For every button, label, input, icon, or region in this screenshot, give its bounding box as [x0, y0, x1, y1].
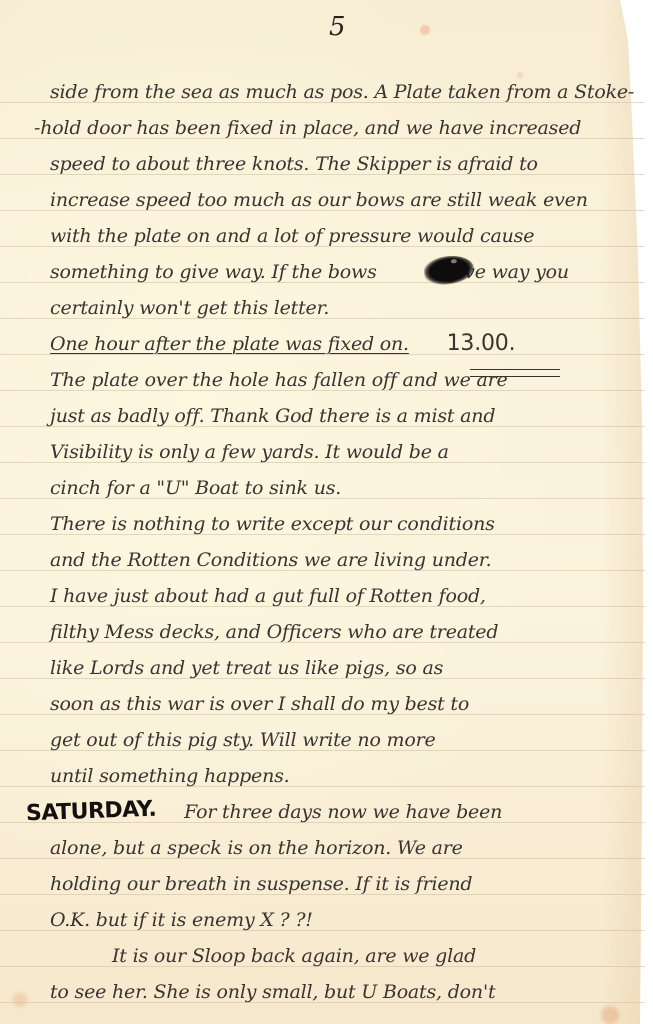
- time-value: 13.00.: [447, 331, 516, 356]
- text-line: O.K. but if it is enemy X ? ?!: [50, 908, 313, 932]
- text-line: and the Rotten Conditions we are living …: [50, 548, 491, 572]
- text-line: There is nothing to write except our con…: [50, 512, 495, 536]
- page-number: 5: [329, 12, 346, 42]
- text-line: soon as this war is over I shall do my b…: [50, 692, 469, 716]
- text-line: The plate over the hole has fallen off a…: [50, 368, 508, 392]
- text-line: something to give way. If the bows give …: [50, 260, 569, 284]
- text-line: alone, but a speck is on the horizon. We…: [50, 836, 463, 860]
- text-line: holding our breath in suspense. If it is…: [50, 872, 472, 896]
- text-line: side from the sea as much as pos. A Plat…: [50, 80, 634, 104]
- text-line: Visibility is only a few yards. It would…: [50, 440, 449, 464]
- text-line: One hour after the plate was fixed on. 1…: [50, 332, 515, 356]
- text-line: increase speed too much as our bows are …: [50, 188, 588, 212]
- text-line: cinch for a "U" Boat to sink us.: [50, 476, 341, 500]
- text-line: like Lords and yet treat us like pigs, s…: [50, 656, 443, 680]
- text-before-blot: something to give way. If the bows: [50, 261, 377, 283]
- text-line: -hold door has been fixed in place, and …: [34, 116, 581, 140]
- text-line: filthy Mess decks, and Officers who are …: [50, 620, 498, 644]
- text-line: I have just about had a gut full of Rott…: [50, 584, 486, 608]
- text-line: until something happens.: [50, 764, 290, 788]
- text-line: speed to about three knots. The Skipper …: [50, 152, 538, 176]
- text-line: It is our Sloop back again, are we glad: [112, 944, 476, 968]
- text-line: SATURDAY. For three days now we have bee…: [26, 800, 502, 824]
- text-line: to see her. She is only small, but U Boa…: [50, 980, 495, 1004]
- text-line: certainly won't get this letter.: [50, 296, 329, 320]
- letter-page-scan: 5 side from the sea as much as pos. A Pl…: [0, 0, 653, 1024]
- text-line: get out of this pig sty. Will write no m…: [50, 728, 436, 752]
- text-line: with the plate on and a lot of pressure …: [50, 224, 534, 248]
- timestamp-note: One hour after the plate was fixed on.: [50, 333, 409, 355]
- day-heading: SATURDAY.: [26, 798, 157, 827]
- text-after-heading: For three days now we have been: [184, 801, 502, 823]
- text-line: just as badly off. Thank God there is a …: [50, 404, 495, 428]
